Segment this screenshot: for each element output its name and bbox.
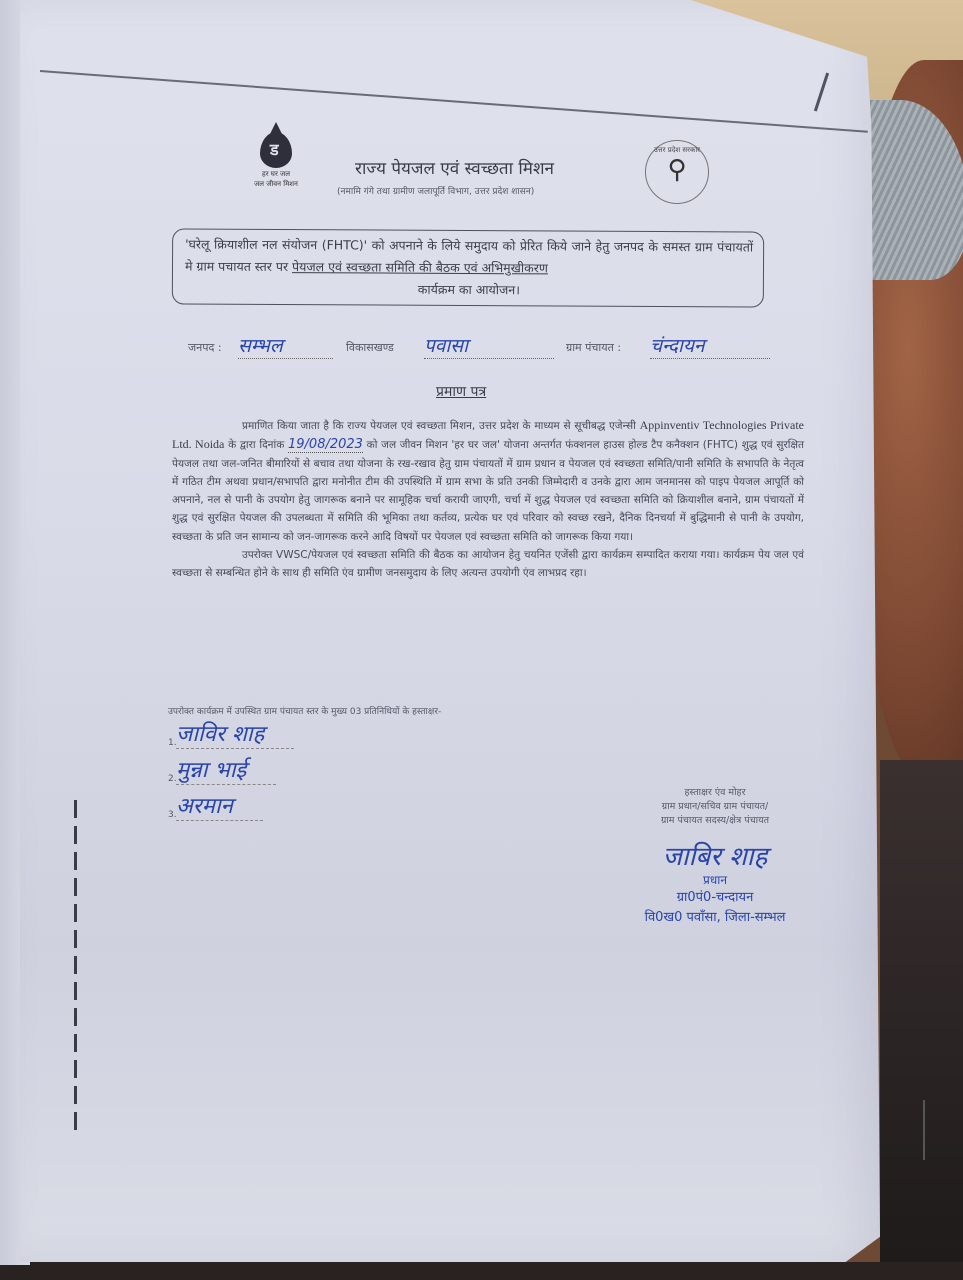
up-government-emblem-icon: उत्तर प्रदेश सरकार ⚲ [645, 140, 709, 204]
certificate-title: प्रमाण पत्र [436, 382, 486, 401]
gram-panchayat-label: ग्राम पंचायत : [566, 340, 621, 355]
mission-title: राज्य पेयजल एवं स्वच्छता मिशन [355, 156, 554, 179]
certificate-body: प्रमाणित किया जाता है कि राज्य पेयजल एवं… [172, 416, 804, 583]
program-date: 19/08/2023 [288, 437, 363, 453]
stamp-caption: हस्ताक्षर एंव मोहर [590, 786, 840, 800]
signature-name: मुन्ना भाई [176, 754, 276, 785]
notice-underlined: पेयजल एवं स्वच्छता समिति की बैठक एवं अभि… [292, 259, 548, 275]
district-label: जनपद : [188, 340, 222, 355]
notice-line-1: 'घरेलू क्रियाशील नल संयोजन (FHTC)' को अप… [185, 237, 658, 254]
gram-panchayat-value: चंन्दायन [650, 332, 770, 359]
signature-row: 1. जाविर शाह [168, 718, 548, 754]
stamp-caption: ग्राम प्रधान/सचिव ग्राम पंचायत/ [590, 800, 840, 814]
district-value: सम्भल [238, 332, 333, 359]
signature-row: 2. मुन्ना भाई [168, 754, 548, 790]
stamp-caption: ग्राम पंचायत सदस्य/क्षेत्र पंचायत [590, 814, 840, 828]
block-label: विकासखण्ड [346, 340, 394, 355]
representatives-intro: उपरोक्त कार्यक्रम में उपस्थित ग्राम पंचा… [168, 706, 548, 718]
water-drop-logo-icon: ड हर घर जल जल जीवन मिशन [251, 128, 301, 208]
signature-name: अरमान [176, 790, 263, 821]
margin-mark-right [923, 1100, 925, 1160]
location-fields: जनपद : सम्भल विकासखण्ड पवासा ग्राम पंचाय… [188, 334, 788, 364]
pradhan-signature: जाबिर शाह [590, 842, 840, 872]
stamp-designation: प्रधान [590, 872, 840, 888]
body-text: को जल जीवन मिशन 'हर घर जल' योजना अन्तर्ग… [172, 439, 804, 542]
bottom-background [0, 1262, 963, 1280]
department-subtitle: (नमामि गंगे तथा ग्रामीण जलापूर्ति विभाग,… [337, 184, 534, 197]
stamp-block-district: वि0ख0 पवाँसा, जिला-सम्भल [590, 908, 840, 928]
representatives-signatures: उपरोक्त कार्यक्रम में उपस्थित ग्राम पंचा… [168, 706, 548, 826]
body-text: प्रमाणित किया जाता है कि राज्य पेयजल एवं… [242, 420, 640, 432]
dark-cloth-background [880, 760, 963, 1280]
signature-name: जाविर शाह [176, 718, 294, 749]
signature-row: 3. अरमान [168, 790, 548, 826]
margin-mark [74, 800, 77, 1130]
body-text: के द्वारा दिनांक [224, 439, 288, 451]
block-value: पवासा [424, 332, 554, 359]
notice-line-3: कार्यक्रम का आयोजन। [173, 277, 763, 302]
notice-box: 'घरेलू क्रियाशील नल संयोजन (FHTC)' को अप… [172, 228, 764, 307]
body-paragraph-2: उपरोक्त VWSC/पेयजल एवं स्वच्छता समिति की… [172, 546, 804, 583]
official-stamp-block: हस्ताक्षर एंव मोहर ग्राम प्रधान/सचिव ग्र… [590, 786, 840, 928]
stamp-gram-panchayat: ग्रा0पं0-चन्दायन [590, 888, 840, 908]
document-header: ड हर घर जल जल जीवन मिशन राज्य पेयजल एवं … [245, 128, 725, 208]
